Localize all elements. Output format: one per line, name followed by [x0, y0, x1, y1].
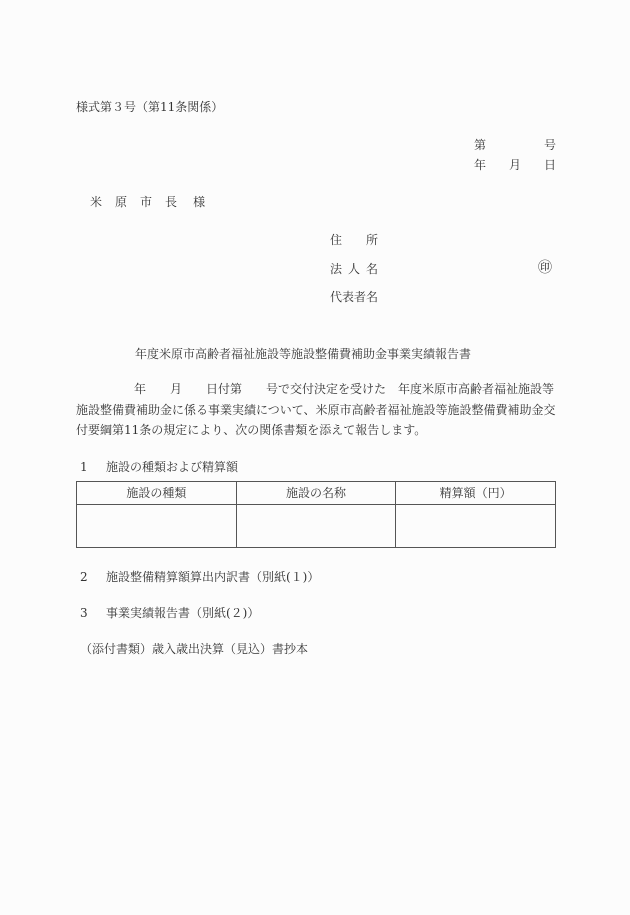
column-header-settlement-amount: 精算額（円）: [396, 482, 556, 505]
column-header-facility-type: 施設の種類: [77, 482, 237, 505]
column-header-facility-name: 施設の名称: [236, 482, 396, 505]
body-text-line-1: 年月日付第号で交付決定を受けた 年度米原市高齢者福祉施設等: [76, 383, 554, 395]
document-number: 第 号: [474, 139, 556, 151]
body-text-line-2: 施設整備費補助金に係る事業実績について、米原市高齢者福祉施設等施設整備費補助金交: [76, 404, 556, 416]
date-day: 日: [544, 159, 556, 171]
doc-number-prefix: 第: [474, 139, 486, 151]
cell-settlement-amount: [396, 505, 556, 548]
seal-icon: ㊞: [538, 261, 552, 275]
facility-settlement-table: 施設の種類 施設の名称 精算額（円）: [76, 481, 556, 548]
date-year: 年: [474, 159, 486, 171]
cell-facility-name: [236, 505, 396, 548]
table-header-row: 施設の種類 施設の名称 精算額（円）: [77, 482, 556, 505]
table-row: [77, 505, 556, 548]
report-title: 年度米原市高齢者福祉施設等施設整備費補助金事業実績報告書: [135, 348, 471, 360]
applicant-representative-label: 代表者名: [330, 291, 378, 303]
body-text-line-3: 付要綱第11条の規定により、次の関係書類を添えて報告します。: [76, 424, 426, 436]
document-date: 年 月 日: [474, 159, 556, 171]
form-number: 様式第３号（第11条関係）: [76, 101, 223, 113]
section-3-heading: 3事業実績報告書（別紙(２)）: [80, 607, 259, 619]
date-month: 月: [509, 159, 521, 171]
section-2-heading: 2施設整備精算額算出内訳書（別紙(１)）: [80, 571, 319, 583]
applicant-address-label: 住所: [330, 234, 378, 246]
addressee: 米原市長様: [90, 196, 205, 208]
honorific: 様: [193, 196, 205, 208]
applicant-corporation-label: 法人名: [330, 263, 384, 275]
attachments-note: （添付書類）歳入歳出決算（見込）書抄本: [80, 643, 308, 655]
cell-facility-type: [77, 505, 237, 548]
doc-number-suffix: 号: [544, 139, 556, 151]
section-1-heading: 1施設の種類および精算額: [80, 461, 238, 473]
